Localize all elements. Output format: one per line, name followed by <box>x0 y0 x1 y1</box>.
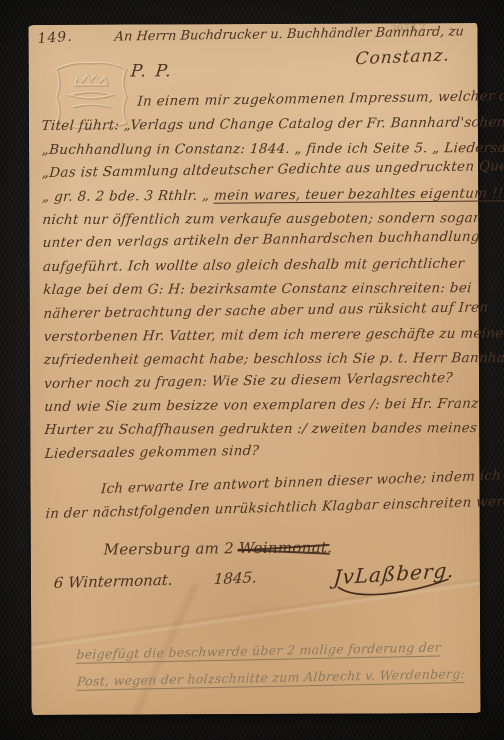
letter-body: In einem mir zugekommenen Impressum, wel… <box>41 88 474 693</box>
paragraph-2: Ich erwarte Ire antwort binnen dieser wo… <box>45 468 473 527</box>
body-line-price: „ gr. 8. 2 bde. 3 Rthlr. „ mein wares, t… <box>41 182 470 209</box>
salutation: P. P. <box>130 61 174 81</box>
body-line: Titel führt: „Verlags und Change Catalog… <box>41 112 470 139</box>
body-line: verstorbenen Hr. Vatter, mit dem ich mer… <box>43 323 472 350</box>
emphasized-phrase: mein wares, teuer bezahltes eigentum !!! <box>213 185 504 203</box>
price-prefix: „ gr. 8. 2 bde. 3 Rthlr. „ <box>42 187 215 204</box>
manuscript-paper: 149. 2933,2 An Herrn Buchdrucker u. Buch… <box>28 23 480 715</box>
closing-year: 1845. <box>213 568 257 588</box>
closing-date: 6 Wintermonat. <box>53 571 173 592</box>
body-line: aufgeführt. Ich wollte also gleich desha… <box>42 252 471 279</box>
body-line: „Das ist Sammlung altdeutscher Gedichte … <box>41 156 470 186</box>
body-line: und wie Sie zum besizze von exemplaren d… <box>43 393 472 420</box>
closing-place-line: Meersburg am 2 Weinmonat. <box>104 535 473 563</box>
address-city: Constanz. <box>354 46 450 70</box>
date-signature-row: 6 Wintermonat. 1845. JvLaßberg. <box>46 565 473 609</box>
struck-word: Weinmonat <box>239 536 327 560</box>
paragraph-1: In einem mir zugekommenen Impressum, wel… <box>41 88 472 466</box>
page-number: 149. <box>37 29 73 48</box>
closing-place: Meersburg am 2 <box>104 539 240 558</box>
postscript: beigefügt die beschwerde über 2 malige f… <box>76 633 474 695</box>
body-line: unter den verlags artikeln der Bannhards… <box>42 226 471 256</box>
signature-block: JvLaßberg. <box>333 558 456 601</box>
photo-background: 149. 2933,2 An Herrn Buchdrucker u. Buch… <box>0 0 504 740</box>
body-line: In einem mir zugekommenen Impressum, wel… <box>40 86 469 116</box>
address-line: An Herrn Buchdrucker u. Buchhändler Bann… <box>114 24 464 44</box>
